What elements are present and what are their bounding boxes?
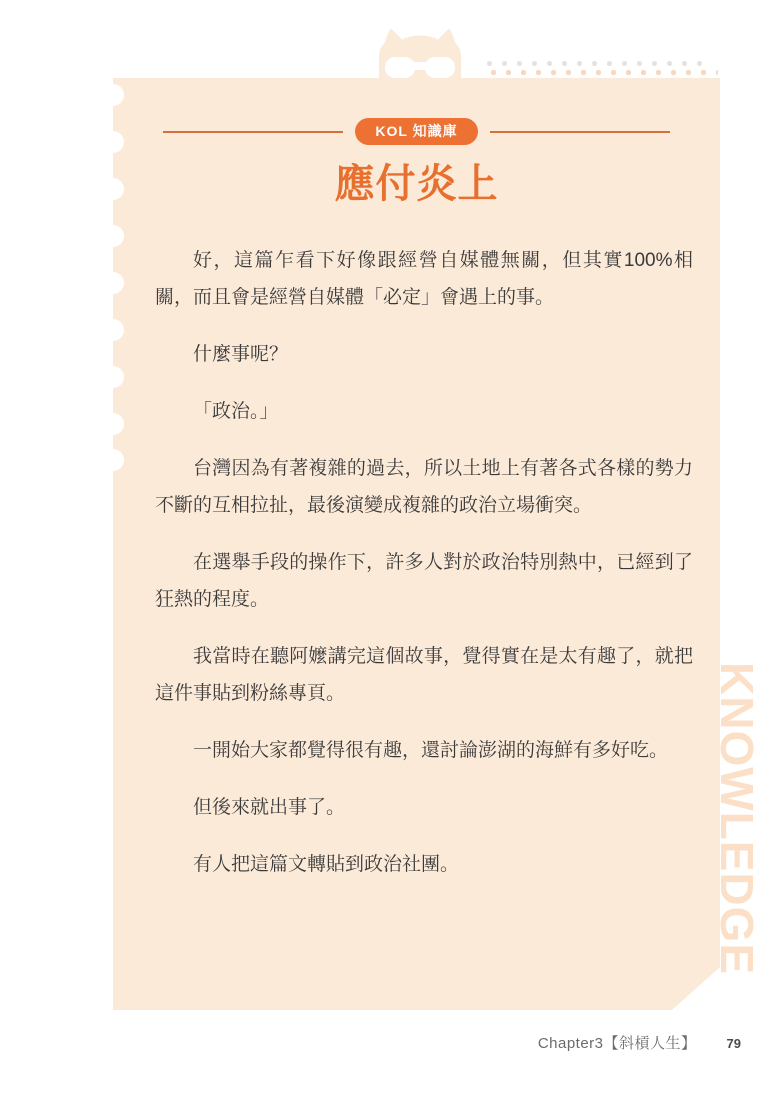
body-paragraph: 但後來就出事了。 xyxy=(155,789,693,826)
chapter-label: Chapter3【斜槓人生】 xyxy=(538,1032,697,1053)
spiral-notch xyxy=(102,131,124,153)
spiral-notch xyxy=(102,178,124,200)
content-sheet: KOL 知識庫 應付炎上 好，這篇乍看下好像跟經營自媒體無關，但其實100%相關… xyxy=(113,78,720,1010)
cat-mascot-icon xyxy=(374,27,466,83)
body-paragraph: 我當時在聽阿嬤講完這個故事，覺得實在是太有趣了，就把這件事貼到粉絲專頁。 xyxy=(155,638,693,712)
page-title: 應付炎上 xyxy=(113,152,720,209)
body-paragraph: 好，這篇乍看下好像跟經營自媒體無關，但其實100%相關，而且會是經營自媒體「必定… xyxy=(155,242,693,316)
spiral-notch xyxy=(102,225,124,247)
spiral-notch xyxy=(102,366,124,388)
divider-line-right xyxy=(490,131,670,133)
spiral-notch xyxy=(102,84,124,106)
knowledge-watermark: KNOWLEDGE xyxy=(714,662,760,975)
divider-line-left xyxy=(163,131,343,133)
dotted-border-decoration xyxy=(482,69,718,76)
body-paragraph: 什麼事呢？ xyxy=(155,336,693,373)
page-footer: Chapter3【斜槓人生】 79 xyxy=(538,1032,741,1053)
page-number: 79 xyxy=(727,1036,741,1051)
section-header: KOL 知識庫 xyxy=(163,118,670,145)
spiral-notch xyxy=(102,272,124,294)
body-paragraph: 一開始大家都覺得很有趣，還討論澎湖的海鮮有多好吃。 xyxy=(155,732,693,769)
spiral-notch xyxy=(102,413,124,435)
spiral-notch xyxy=(102,319,124,341)
kol-knowledge-badge: KOL 知識庫 xyxy=(355,118,477,145)
spiral-notch xyxy=(102,449,124,471)
body-paragraph: 有人把這篇文轉貼到政治社團。 xyxy=(155,846,693,883)
body-paragraph: 台灣因為有著複雜的過去，所以土地上有著各式各樣的勢力不斷的互相拉扯，最後演變成複… xyxy=(155,450,693,524)
book-page: KOL 知識庫 應付炎上 好，這篇乍看下好像跟經營自媒體無關，但其實100%相關… xyxy=(0,0,777,1100)
dotted-border-decoration xyxy=(482,60,708,67)
body-paragraph: 「政治。」 xyxy=(155,393,693,430)
article-body: 好，這篇乍看下好像跟經營自媒體無關，但其實100%相關，而且會是經營自媒體「必定… xyxy=(155,242,693,903)
body-paragraph: 在選舉手段的操作下，許多人對於政治特別熱中，已經到了狂熱的程度。 xyxy=(155,544,693,618)
